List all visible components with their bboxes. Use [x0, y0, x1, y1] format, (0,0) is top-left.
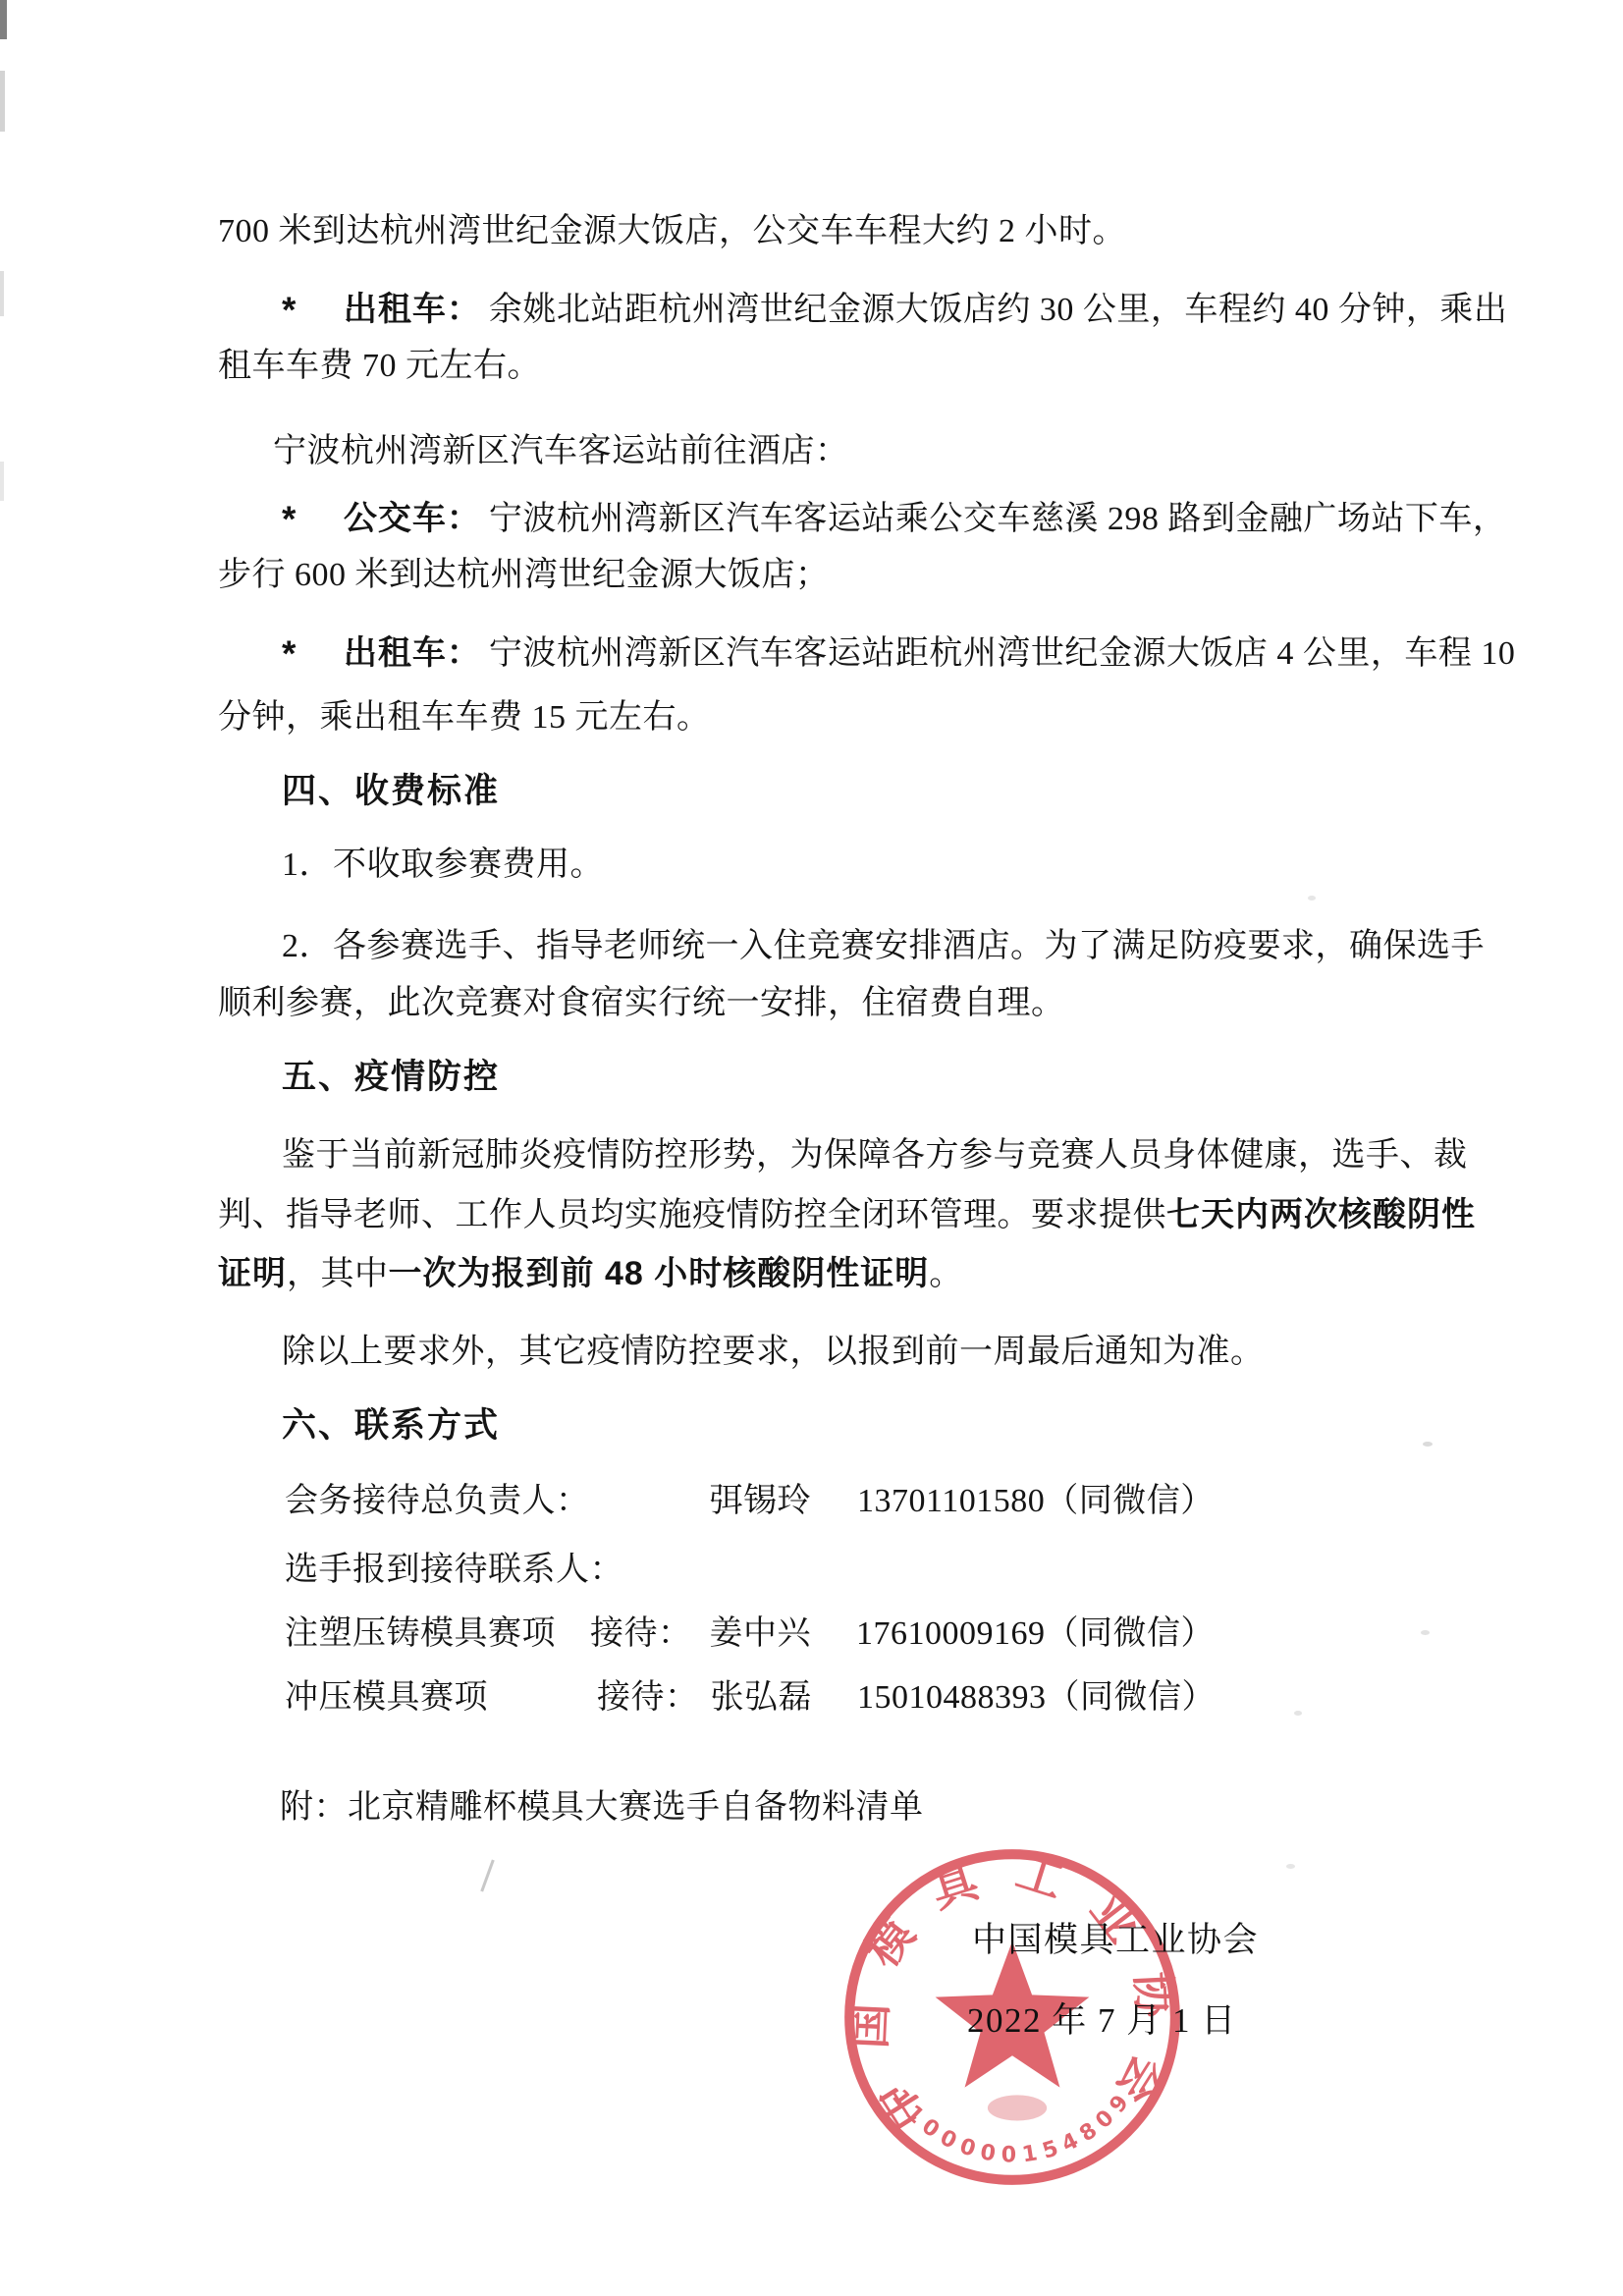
fees-item-2-line2: 顺利参赛，此次竞赛对食宿实行统一安排，住宿费自理。 [218, 981, 1065, 1026]
scan-artifact [1423, 1442, 1433, 1447]
contact-phone: 17610009169（同微信） [856, 1615, 1215, 1652]
bullet-label-taxi: 出租车： [344, 634, 481, 672]
epidemic-note-line: 除以上要求外，其它疫情防控要求，以报到前一周最后通知为准。 [282, 1330, 1265, 1375]
epidemic-bold-text: 证明 [218, 1255, 287, 1292]
contact-row-general: 会务接待总负责人：弭锡玲13701101580（同微信） [285, 1479, 1215, 1524]
contact-label: 会务接待总负责人： [285, 1483, 590, 1519]
bullet-taxi-yuyao-line2: 租车车费 70 元左右。 [218, 344, 541, 389]
scan-artifact [0, 271, 4, 316]
bullet-asterisk: * [282, 633, 297, 674]
contact-row-checkin-intro: 选手报到接待联系人： [285, 1548, 623, 1593]
scan-artifact [1421, 1630, 1430, 1635]
scan-artifact [1308, 896, 1316, 901]
bullet-asterisk: * [282, 499, 297, 539]
contact-name: 弭锡玲 [710, 1483, 812, 1519]
seal-ink-smudge [988, 2095, 1047, 2120]
bullet-text: 宁波杭州湾新区汽车客运站距杭州湾世纪金源大饭店 4 公里，车程 10 [489, 635, 1516, 672]
signature-organization: 中国模具工业协会 [972, 1913, 1259, 1962]
scan-artifact [1294, 1711, 1302, 1716]
signature-date: 2022 年 7 月 1 日 [967, 1994, 1237, 2043]
contact-name: 张弘磊 [711, 1679, 813, 1716]
contact-row-injection-mold: 注塑压铸模具赛项接待：姜中兴17610009169（同微信） [285, 1612, 1215, 1657]
contact-phone: 15010488393（同微信） [857, 1679, 1216, 1716]
bullet-bus-ningbo-line2: 步行 600 米到达杭州湾世纪金源大饭店； [218, 553, 830, 598]
bullet-label-taxi: 出租车： [344, 291, 481, 328]
transport-bus-tail-line: 700 米到达杭州湾世纪金源大饭店，公交车车程大约 2 小时。 [218, 209, 1126, 254]
bullet-taxi-ningbo-line2: 分钟，乘出租车车费 15 元左右。 [218, 695, 711, 740]
contact-row-stamping-mold: 冲压模具赛项接待：张弘磊15010488393（同微信） [285, 1675, 1216, 1721]
section-heading-contact: 六、联系方式 [282, 1403, 500, 1449]
bullet-bus-ningbo-line1: *公交车：宁波杭州湾新区汽车客运站乘公交车慈溪 298 路到金融广场站下车， [282, 496, 1506, 542]
section-heading-epidemic: 五、疫情防控 [282, 1055, 500, 1100]
epidemic-para-line1: 鉴于当前新冠肺炎疫情防控形势，为保障各方参与竞赛人员身体健康，选手、裁 [282, 1133, 1468, 1178]
bullet-text: 余姚北站距杭州湾世纪金源大饭店约 30 公里，车程约 40 分钟，乘出 [489, 292, 1508, 328]
scan-artifact [0, 0, 7, 39]
epidemic-text: 判、指导老师、工作人员均实施疫情防控全闭环管理。要求提供 [218, 1197, 1166, 1233]
contact-name: 姜中兴 [710, 1615, 812, 1652]
epidemic-para-line2: 判、指导老师、工作人员均实施疫情防控全闭环管理。要求提供七天内两次核酸阴性 [218, 1192, 1476, 1238]
contact-receiver-label: 接待： [590, 1615, 692, 1652]
bullet-taxi-ningbo-line1: *出租车：宁波杭州湾新区汽车客运站距杭州湾世纪金源大饭店 4 公里，车程 10 [282, 630, 1515, 677]
document-page: 700 米到达杭州湾世纪金源大饭店，公交车车程大约 2 小时。 *出租车：余姚北… [0, 0, 1623, 2296]
epidemic-text: ，其中 [287, 1256, 389, 1292]
epidemic-bold-text: 一次为报到前 48 小时核酸阴性证明 [389, 1255, 930, 1292]
scan-artifact [0, 462, 4, 501]
fees-item-1: 1．不收取参赛费用。 [282, 843, 604, 888]
contact-label: 冲压模具赛项 [285, 1679, 488, 1716]
scan-artifact [0, 71, 5, 132]
contact-label: 注塑压铸模具赛项 [285, 1615, 556, 1652]
scan-artifact [480, 1860, 494, 1892]
bullet-label-bus: 公交车： [344, 500, 481, 537]
fees-item-2-line1: 2．各参赛选手、指导老师统一入住竞赛安排酒店。为了满足防疫要求，确保选手 [282, 924, 1485, 969]
contact-receiver-label: 接待： [597, 1679, 699, 1716]
ningbo-station-intro-line: 宁波杭州湾新区汽车客运站前往酒店： [273, 429, 849, 474]
bullet-text: 宁波杭州湾新区汽车客运站乘公交车慈溪 298 路到金融广场站下车， [489, 501, 1507, 537]
section-heading-fees: 四、收费标准 [282, 769, 500, 814]
epidemic-para-line3: 证明，其中一次为报到前 48 小时核酸阴性证明。 [218, 1251, 963, 1297]
epidemic-bold-text: 七天内两次核酸阴性 [1166, 1196, 1476, 1233]
scan-artifact [1286, 1864, 1295, 1869]
bullet-asterisk: * [282, 290, 297, 330]
epidemic-text: 。 [929, 1256, 963, 1292]
bullet-taxi-yuyao-line1: *出租车：余姚北站距杭州湾世纪金源大饭店约 30 公里，车程约 40 分钟，乘出 [282, 287, 1507, 333]
contact-phone: 13701101580（同微信） [857, 1483, 1215, 1519]
